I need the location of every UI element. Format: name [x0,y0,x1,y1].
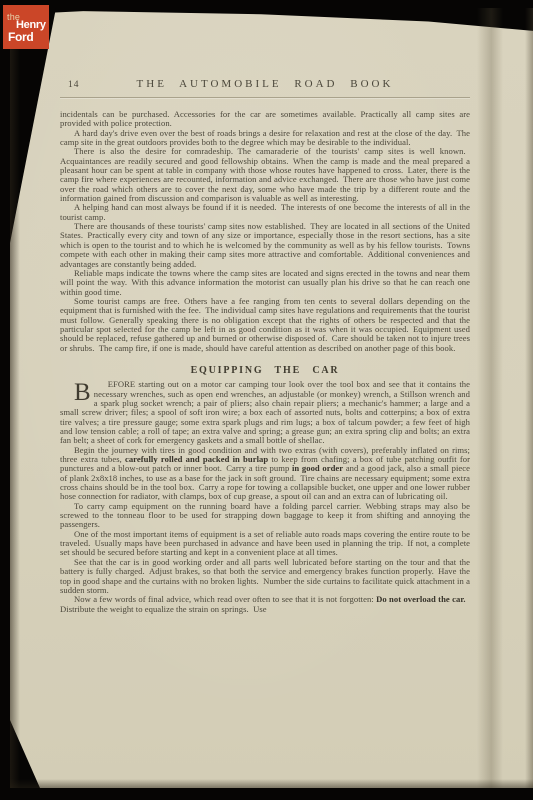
book-page: 14 THE AUTOMOBILE ROAD BOOK incidentals … [10,8,533,788]
page-gutter-shadow [10,8,20,788]
body-paragraph: Begin the journey with tires in good con… [60,446,470,502]
running-title: THE AUTOMOBILE ROAD BOOK [60,78,470,90]
logo-word-ford: Ford [8,30,33,44]
drop-cap: B [60,380,94,404]
body-paragraph: There is also the desire for comradeship… [60,147,470,203]
text-run: There are thousands of these tourists' c… [60,221,470,268]
body-paragraph: Reliable maps indicate the towns where t… [60,269,470,297]
bold-text: Do not overload the car. [376,594,466,604]
text-run: Some tourist camps are free. Others have… [60,296,470,353]
body-paragraph: One of the most important items of equip… [60,530,470,558]
text-run: A hard day's drive even over the best of… [60,128,470,147]
scan-background: 14 THE AUTOMOBILE ROAD BOOK incidentals … [0,0,533,800]
body-paragraph: incidentals can be purchased. Accessorie… [60,110,470,129]
page-bottom-shadow [10,779,533,788]
body-paragraph: Some tourist camps are free. Others have… [60,297,470,353]
page-body: incidentals can be purchased. Accessorie… [60,110,470,614]
text-run: Reliable maps indicate the towns where t… [60,268,470,297]
section-heading: EQUIPPING THE CAR [60,366,470,375]
body-paragraph: BEFORE starting out on a motor car campi… [60,380,470,445]
page-edge-right [525,8,533,788]
text-run: A helping hand can most always be found … [60,202,470,221]
text-run: One of the most important items of equip… [60,529,470,558]
text-run: To carry camp equipment on the running b… [60,501,470,530]
page-fold-shadow [477,8,503,788]
page-edge-top [10,8,533,34]
text-run: incidentals can be purchased. Accessorie… [60,109,470,128]
body-paragraph: There are thousands of these tourists' c… [60,222,470,269]
text-run: See that the car is in good working orde… [60,557,470,595]
body-paragraph: A helping hand can most always be found … [60,203,470,222]
body-paragraph: To carry camp equipment on the running b… [60,502,470,530]
henry-ford-logo: the Henry Ford [3,5,49,49]
text-run: EFORE starting out on a motor car campin… [60,379,470,445]
page-content: 14 THE AUTOMOBILE ROAD BOOK incidentals … [60,78,470,614]
body-paragraph: A hard day's drive even over the best of… [60,129,470,148]
body-paragraph: Now a few words of final advice, which r… [60,595,470,614]
body-paragraph: See that the car is in good working orde… [60,558,470,595]
page-header: 14 THE AUTOMOBILE ROAD BOOK [60,78,470,92]
text-run: There is also the desire for comradeship… [60,146,470,203]
page-number: 14 [68,80,80,90]
header-rule [60,97,470,98]
